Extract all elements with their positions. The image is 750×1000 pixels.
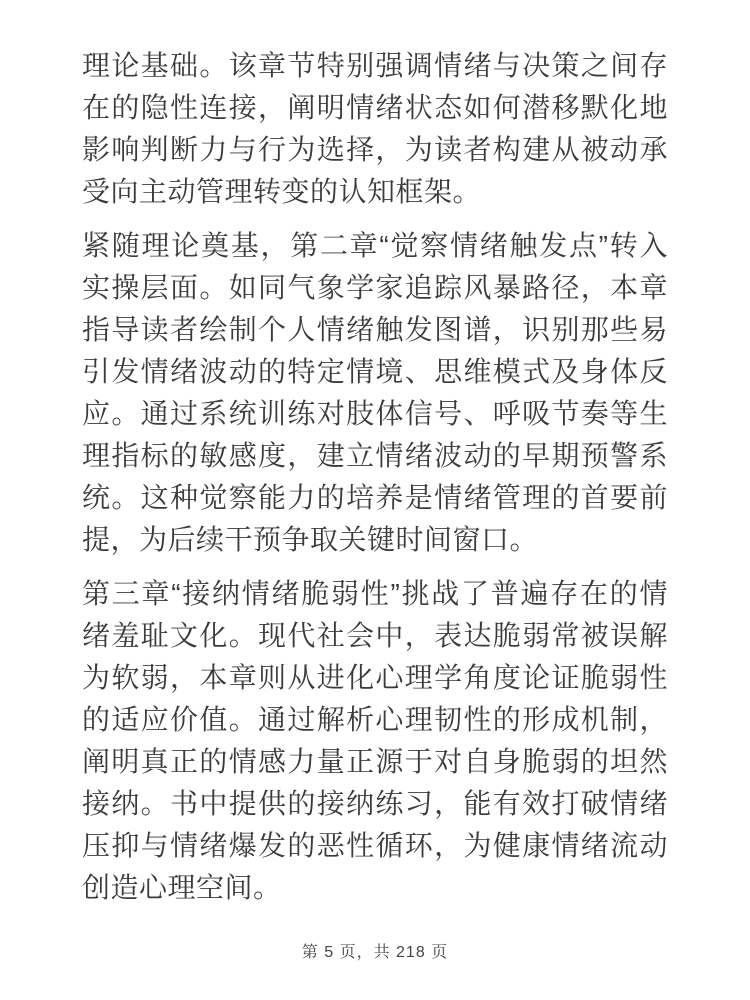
- page-indicator: 第 5 页，共 218 页: [0, 944, 750, 962]
- body-paragraph: 第三章“接纳情绪脆弱性”挑战了普遍存在的情绪羞耻文化。现代社会中，表达脆弱常被误…: [82, 573, 668, 909]
- body-paragraph: 理论基础。该章节特别强调情绪与决策之间存在的隐性连接，阐明情绪状态如何潜移默化地…: [82, 45, 668, 213]
- body-paragraph: 紧随理论奠基，第二章“觉察情绪触发点”转入实操层面。如同气象学家追踪风暴路径，本…: [82, 225, 668, 561]
- document-page: 理论基础。该章节特别强调情绪与决策之间存在的隐性连接，阐明情绪状态如何潜移默化地…: [0, 0, 750, 1000]
- page-content: 理论基础。该章节特别强调情绪与决策之间存在的隐性连接，阐明情绪状态如何潜移默化地…: [82, 45, 668, 921]
